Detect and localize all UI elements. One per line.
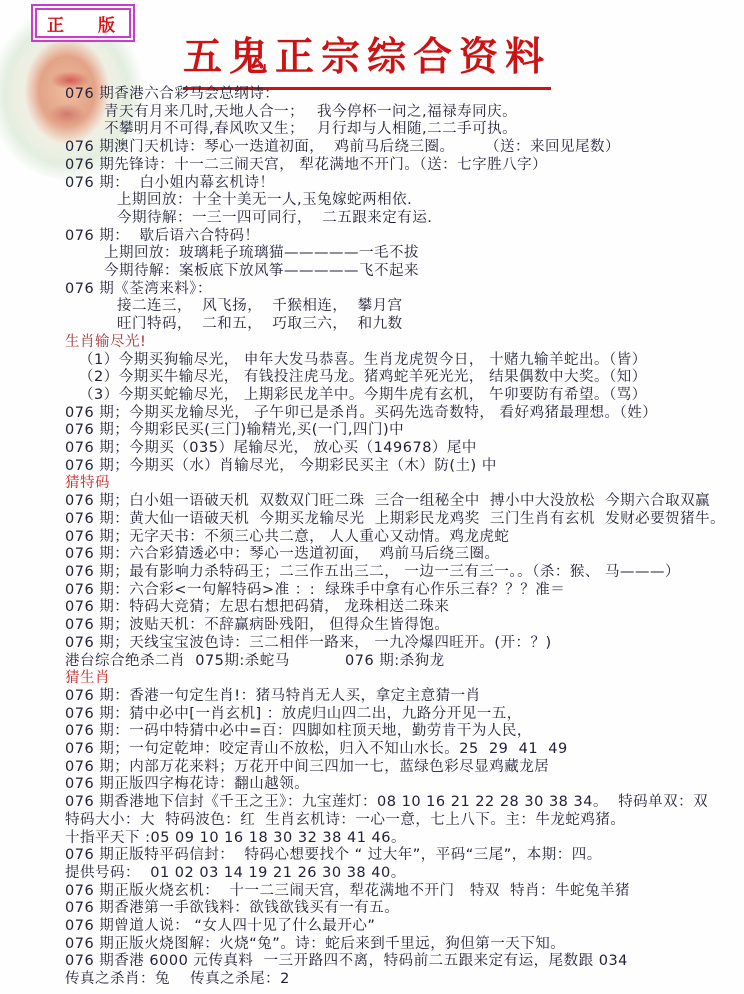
- text-line: 076 期：香港一句定生肖!：猪马特肖无人买，拿定主意猜一肖: [0, 688, 744, 706]
- text-line: 076 期正版四字梅花诗：翻山越领。: [0, 776, 744, 794]
- text-line: 076 期正版特平码信封： 特码心想要找个 “ 过大年”，平码“三尾”，本期：四…: [0, 847, 744, 865]
- text-line: 076 期；今期买龙输尽光， 子午卯已是杀肖。买码先选奇数特， 看好鸡猪最理想。…: [0, 405, 744, 423]
- text-line: 076 期；一句定乾坤：咬定青山不放松，归入不知山水长。25 29 41 49: [0, 741, 744, 759]
- text-line: 旺门特码， 二和五， 巧取三六， 和九数: [0, 316, 744, 334]
- text-line: 不攀明月不可得,春风吹又生； 月行却与人相随,二二手可执。: [0, 121, 744, 139]
- page-title: 五鬼正宗综合资料: [183, 26, 551, 90]
- text-line: 上期回放：玻璃耗子琉璃猫—————一毛不拔: [0, 245, 744, 263]
- text-line: 076 期；今期买（035）尾输尽光， 放心买（149678）尾中: [0, 440, 744, 458]
- text-line: （3）今期买蛇输尽光， 上期彩民龙羊中。今期牛虎有玄机， 午卯要防有希望。（骂）: [0, 387, 744, 405]
- text-line: 076 期：一码中特猜中必中=百：四脚如柱顶天地，勤劳肯干为人民，: [0, 723, 744, 741]
- text-line: 076 期：猜中必中[一肖玄机] ：放虎归山四二出，九路分开见一五，: [0, 706, 744, 724]
- text-line: 猜生肖: [0, 670, 744, 688]
- text-line: 猜特码: [0, 475, 744, 493]
- text-line: 076 期： 歇后语六合特码！: [0, 228, 744, 246]
- text-line: 上期回放：十全十美无一人,玉兔嫁蛇两相依.: [0, 192, 744, 210]
- text-line: 076 期香港地下信封《千王之王》：九宝莲灯：08 10 16 21 22 28…: [0, 794, 744, 812]
- text-line: 076 期香港第一手欲钱料：欲钱欲钱买有一有五。: [0, 900, 744, 918]
- text-line: 076 期：特码大竞猜；左思右想把码猜， 龙珠相送二珠来: [0, 599, 744, 617]
- text-line: 076 期香港 6000 元传真料 一三开路四不离，特码前二五跟来定有运，尾数跟…: [0, 953, 744, 971]
- text-line: 今期待解：一三一四可同行， 二五跟来定有运.: [0, 210, 744, 228]
- text-line: 青天有月来几时,天地人合一； 我今停杯一问之,福禄寿同庆。: [0, 104, 744, 122]
- text-line: （2）今期买牛输尽光， 有钱投注虎马龙。猪鸡蛇羊死光光， 结果偶数中大奖。（知）: [0, 369, 744, 387]
- text-line: 生肖输尽光!: [0, 334, 744, 352]
- text-line: 特码大小：大 特码波色：红 生肖玄机诗：一心一意，七上八下。主：牛龙蛇鸡猪。: [0, 812, 744, 830]
- text-line: 076 期香港六合彩马会总纲诗：: [0, 86, 744, 104]
- text-line: 076 期：黄大仙一语破天机 今期买龙输尽光 上期彩民龙鸡奖 三门生肖有玄机 发…: [0, 511, 744, 529]
- text-line: 076 期正版火烧玄机： 十一二三闹天宫，犁花满地不开门 特双 特肖：牛蛇兔羊猪: [0, 883, 744, 901]
- text-line: 076 期：六合彩<一句解特码>准 ：: 绿珠手中拿有心作乐三春？？？准＝: [0, 582, 744, 600]
- text-line: 076 期；今期彩民买(三门)输精光,买(一门,四门)中: [0, 422, 744, 440]
- text-line: 076 期；今期买（水）肖输尽光， 今期彩民买主（木）防(土) 中: [0, 458, 744, 476]
- text-line: 076 期《荃湾来料》：: [0, 281, 744, 299]
- authentic-badge-label: 正 版: [37, 11, 129, 36]
- text-line: 076 期；最有影响力杀特码王；二三作五出三二， 一边一三有三一。。（杀：猴、 …: [0, 564, 744, 582]
- page-root: 正 版 五鬼正宗综合资料 076 期香港六合彩马会总纲诗：青天有月来几时,天地人…: [0, 0, 744, 994]
- text-line: 港台综合绝杀二肖 075期:杀蛇马 076 期:杀狗龙: [0, 653, 744, 671]
- text-line: （1）今期买狗输尽光， 申年大发马恭喜。生肖龙虎贺今日， 十赌九输羊蛇出。（皆）: [0, 352, 744, 370]
- text-line: 今期待解：案板底下放风筝—————飞不起来: [0, 263, 744, 281]
- text-line: 076 期；白小姐一语破天机 双数双门旺二珠 三合一组秘全中 搏小中大没放松 今…: [0, 493, 744, 511]
- text-line: 传真之杀肖：兔 传真之杀尾：2: [0, 971, 744, 989]
- text-line: 提供号码： 01 02 03 14 19 21 26 30 38 40。: [0, 865, 744, 883]
- text-line: 076 期曾道人说： “女人四十见了什么最开心”: [0, 918, 744, 936]
- text-line: 076 期；天线宝宝波色诗：三二相伴一路来， 一九冷爆四旺开。(开：？): [0, 635, 744, 653]
- text-line: 076 期；波贴天机：不辞赢病卧残阳， 但得众生皆得饱。: [0, 617, 744, 635]
- text-line: 十指平天下 :05 09 10 16 18 30 32 38 41 46。: [0, 830, 744, 848]
- text-line: 接二连三， 风飞扬， 千猴相连， 攀月宫: [0, 298, 744, 316]
- text-line: 076 期澳门天机诗：琴心一迭道初面， 鸡前马后绕三圈。 （送：来回见尾数）: [0, 139, 744, 157]
- text-line: 076 期先锋诗：十一二三闹天宫， 犁花满地不开门。（送：七字胜八字）: [0, 157, 744, 175]
- text-line: 076 期正版火烧图解：火烧“兔”。诗：蛇后来到千里远，狗但第一天下知。: [0, 936, 744, 954]
- text-line: 076 期：六合彩猜透必中：琴心一迭道初面， 鸡前马后绕三圈。: [0, 546, 744, 564]
- text-line: 076 期；内部万花来料；万花开中间三四加一七，蓝绿色彩尽显鸡藏龙居: [0, 759, 744, 777]
- authentic-badge: 正 版: [35, 8, 131, 38]
- content-lines: 076 期香港六合彩马会总纲诗：青天有月来几时,天地人合一； 我今停杯一问之,福…: [0, 86, 744, 989]
- text-line: 076 期： 白小姐内幕玄机诗！: [0, 175, 744, 193]
- text-line: 076 期；无字天书：不须三心共二意， 人人重心又动情。鸡龙虎蛇: [0, 529, 744, 547]
